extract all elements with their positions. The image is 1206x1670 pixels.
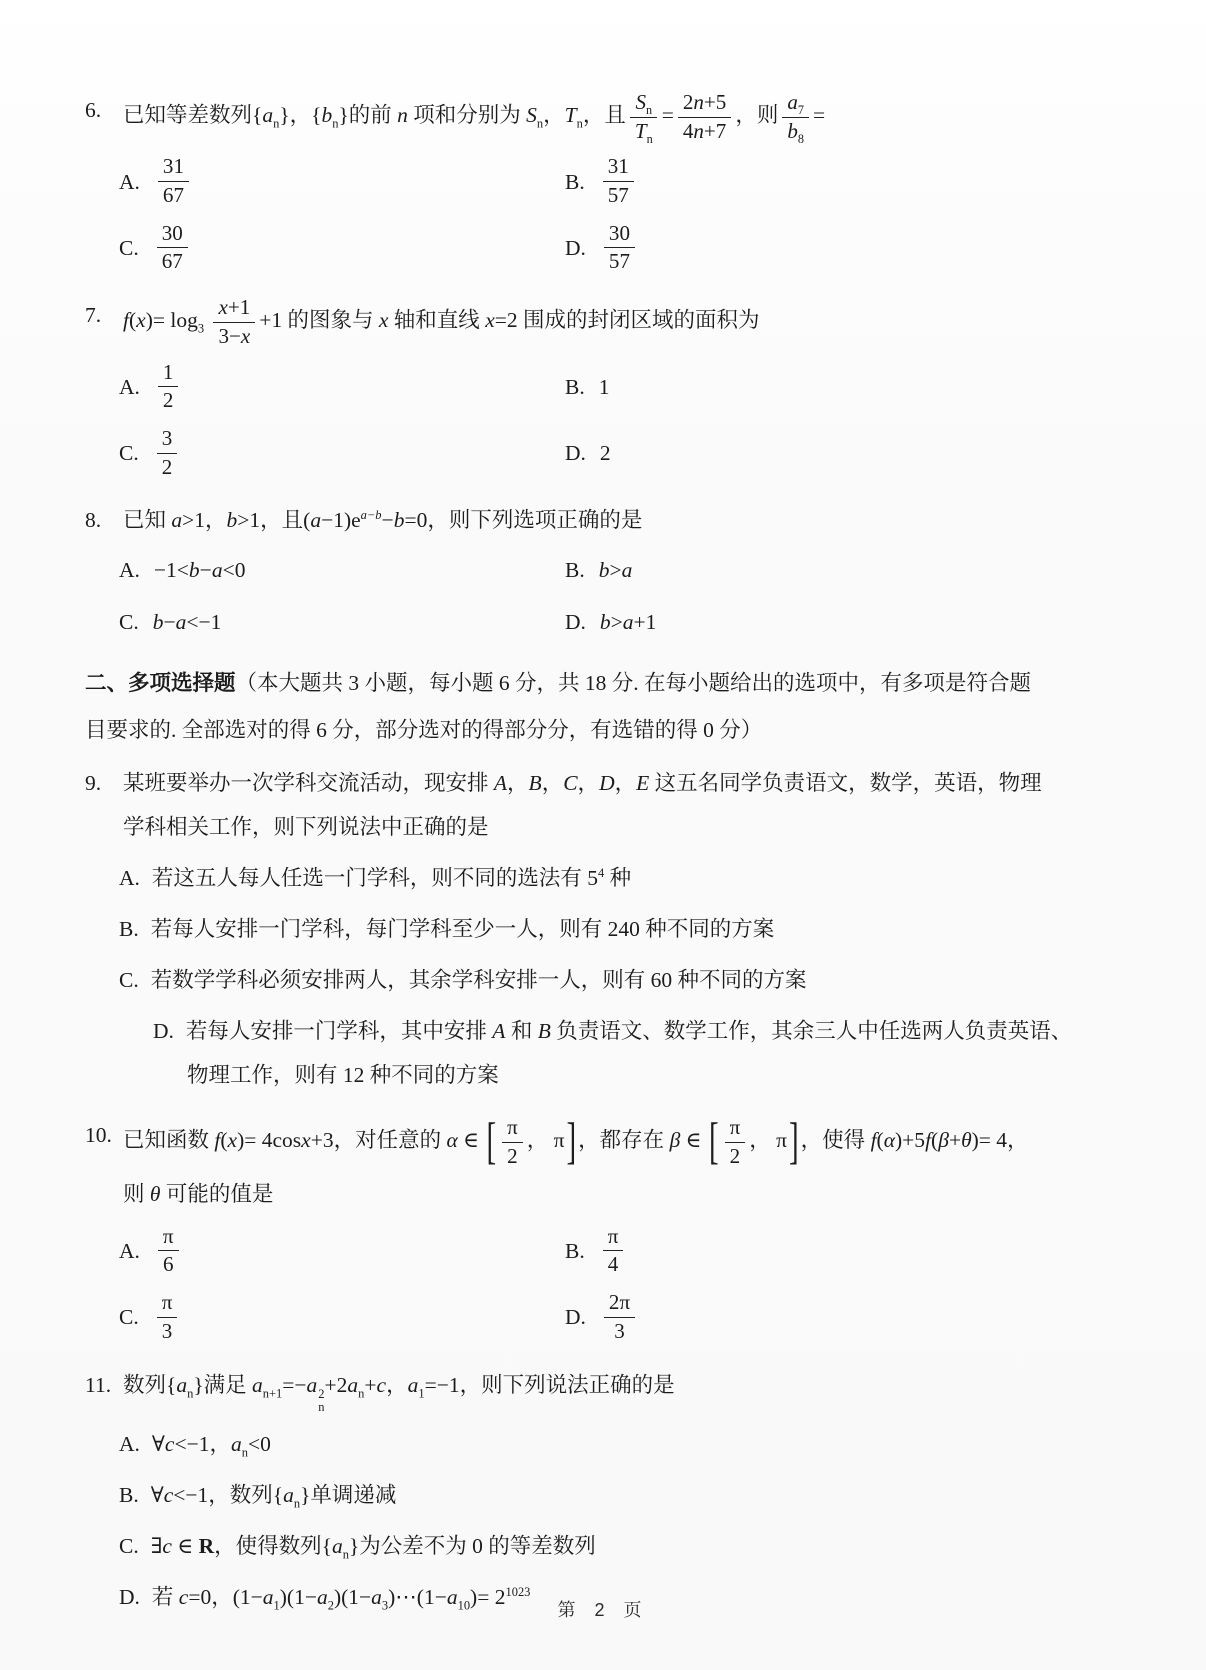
fraction-denominator: 57 [604, 248, 635, 275]
question-11-option-C: C.∃c ∈ R，使得数列{an}为公差不为 0 的等差数列 [119, 1524, 1161, 1568]
math-variable: c [377, 1373, 387, 1397]
math-variable: x [136, 308, 146, 332]
math-variable-base: a [408, 1373, 419, 1397]
math-variable: D [599, 771, 615, 795]
text-run: }，{ [279, 103, 321, 127]
math-variable-base: a [347, 1373, 358, 1397]
left-bracket-icon: [ [486, 1117, 496, 1168]
option-label: B. [565, 1229, 585, 1273]
option-text: 3067 [153, 219, 192, 277]
math-variable: E [636, 771, 649, 795]
text-run: ， π [749, 1128, 787, 1152]
text-run: )= 4， [972, 1128, 1029, 1152]
text-run: +1 的图象与 [259, 308, 379, 332]
fraction-denominator: 4n+7 [678, 118, 731, 145]
option-text: ∃c ∈ R，使得数列{an}为公差不为 0 的等差数列 [151, 1534, 596, 1558]
math-subscript: 7 [798, 103, 804, 117]
fraction-numerator: 1 [158, 360, 179, 388]
fraction-denominator: 2 [157, 454, 178, 481]
math-variable: C [563, 771, 577, 795]
math-subscript: n [646, 103, 652, 117]
math-variable: x [228, 1128, 238, 1152]
math-variable: c [162, 1534, 172, 1558]
option-label: A. [119, 1432, 140, 1456]
options: A.π6B.π4C.π3D.2π3 [119, 1222, 1161, 1347]
option-text: π4 [599, 1222, 628, 1280]
option-label: D. [565, 226, 586, 270]
option-text: 1 [599, 365, 610, 409]
math-variable: c [164, 1483, 174, 1507]
text-run: ，都存在 [578, 1128, 669, 1152]
options: A.3167B.3157C.3067D.3057 [119, 152, 1161, 277]
math-fraction: 3057 [604, 221, 635, 275]
math-variable: an [231, 1432, 248, 1456]
text-run: − [163, 610, 175, 634]
text-run: ， [543, 103, 565, 127]
option-label: D. [565, 1295, 586, 1339]
math-fraction: 2n+54n+7 [678, 90, 731, 144]
math-variable: b8 [787, 119, 804, 143]
text-run: =2 围成的封闭区域的面积为 [495, 308, 760, 332]
option-text: ∀c<−1，数列{an}单调递减 [151, 1483, 397, 1507]
option-label: A. [119, 548, 140, 592]
text-run: ，使得 [801, 1128, 871, 1152]
math-variable-base: a [787, 90, 798, 114]
text-run: ∈ [458, 1128, 485, 1152]
text-run: 这五名同学负责语文，数学，英语，物理 [649, 771, 1041, 795]
question-7-option-B: B.1 [565, 358, 1161, 416]
math-variable: β [938, 1128, 949, 1152]
option-text: b>a+1 [600, 600, 657, 644]
text-run: − [382, 508, 394, 532]
fraction-numerator: 3 [157, 426, 178, 454]
math-variable-base: T [635, 119, 647, 143]
stem-text: 数列{an}满足 an+1=−a2n+2an+c，a1=−1，则下列说法正确的是 [123, 1363, 1161, 1415]
math-variable: a [310, 508, 321, 532]
math-variable-base: a [307, 1373, 318, 1397]
text-run: 学科相关工作，则下列说法中正确的是 [123, 815, 489, 839]
math-variable: b [153, 610, 164, 634]
option-text: b>a [599, 548, 633, 592]
fraction-denominator: b8 [782, 118, 809, 145]
fraction-denominator: Tn [630, 118, 658, 145]
stem-text: 已知等差数列{an}，{bn}的前 n 项和分别为 Sn，Tn，且SnTn=2n… [123, 88, 1161, 146]
math-variable: n [397, 103, 408, 127]
text-run: = [662, 103, 674, 127]
option-label: C. [119, 431, 139, 475]
text-run: ∈ [172, 1534, 199, 1558]
text-run: ∀ [151, 1483, 164, 1507]
question-stem: 11.数列{an}满足 an+1=−a2n+2an+c，a1=−1，则下列说法正… [85, 1363, 1161, 1415]
question-number: 11. [85, 1363, 123, 1407]
math-variable-base: b [321, 103, 332, 127]
text-run: =− [282, 1373, 306, 1397]
math-fraction: π3 [157, 1290, 178, 1344]
math-variable: bn [321, 103, 338, 127]
option-label: D. [153, 1019, 174, 1043]
section-line: 目要求的. 全部选对的得 6 分，部分选对的得部分分，有选错的得 0 分） [85, 707, 1161, 753]
text-run: 项和分别为 [408, 103, 526, 127]
question-9-option-A: A.若这五人每人任选一门学科，则不同的选法有 54 种 [119, 856, 1161, 900]
option-label: B. [565, 160, 585, 204]
option-label: C. [119, 226, 139, 270]
option-text: 3157 [599, 152, 638, 210]
math-variable: A [492, 1019, 505, 1043]
option-text: π6 [154, 1222, 183, 1280]
math-variable: α [884, 1128, 895, 1152]
math-variable-base: a [231, 1432, 242, 1456]
question-9-option-B: B.若每人安排一门学科，每门学科至少一人，则有 240 种不同的方案 [119, 907, 1161, 951]
fraction-denominator: 2 [725, 1143, 746, 1170]
text-run: +1 [228, 295, 250, 319]
fraction-denominator: 4 [603, 1251, 624, 1278]
text-run: 若每人安排一门学科，每门学科至少一人，则有 240 种不同的方案 [151, 917, 775, 941]
text-run: 数列{ [123, 1373, 176, 1397]
text-run: −1)e [321, 508, 361, 532]
text-run: 负责语文、数学工作，其余三人中任选两人负责英语、 [551, 1019, 1072, 1043]
text-run: 轴和直线 [388, 308, 485, 332]
question-10-option-B: B.π4 [565, 1222, 1161, 1280]
fraction-numerator: x+1 [213, 295, 255, 323]
left-bracket-icon: [ [709, 1117, 719, 1168]
option-label: C. [119, 968, 139, 992]
stem-text: f(x)= log3 x+13−x+1 的图象与 x 轴和直线 x=2 围成的封… [123, 293, 1161, 351]
option-line: D.若每人安排一门学科，其中安排 A 和 B 负责语文、数学工作，其余三人中任选… [153, 1009, 1161, 1053]
question-6-option-D: D.3057 [565, 219, 1161, 277]
option-label: A. [119, 1229, 140, 1273]
question-9-option-D: D.若每人安排一门学科，其中安排 A 和 B 负责语文、数学工作，其余三人中任选… [119, 1009, 1161, 1097]
text-run: >1，且( [237, 508, 310, 532]
option-label: B. [119, 1483, 139, 1507]
text-run: ， [542, 771, 564, 795]
math-variable: n [693, 119, 704, 143]
text-run: 目要求的. 全部选对的得 6 分，部分选对的得部分分，有选错的得 0 分） [85, 718, 762, 742]
bold-text: 二、多项选择题 [85, 671, 236, 695]
stem-text: 已知函数 f(x)= 4cosx+3，对任意的 α ∈ [π2， π]，都存在 … [123, 1113, 1161, 1171]
option-label: D. [565, 431, 586, 475]
math-variable: an [262, 103, 279, 127]
text-run: ， [578, 771, 600, 795]
text-run: 物理工作，则有 12 种不同的方案 [187, 1063, 499, 1087]
question-7: 7.f(x)= log3 x+13−x+1 的图象与 x 轴和直线 x=2 围成… [85, 293, 1161, 482]
question-9-option-C: C.若数学学科必须安排两人，其余学科安排一人，则有 60 种不同的方案 [119, 958, 1161, 1002]
fraction-numerator: π [502, 1115, 523, 1143]
math-variable: b [227, 508, 238, 532]
math-variable: a7 [787, 90, 804, 114]
text-run: }单调递减 [300, 1483, 396, 1507]
math-variable: x [241, 324, 250, 348]
text-run: ，且 [583, 103, 626, 127]
question-6-option-C: C.3067 [119, 219, 565, 277]
fraction-denominator: 6 [158, 1251, 179, 1278]
text-run: ∈ [680, 1128, 707, 1152]
question-stem: 6.已知等差数列{an}，{bn}的前 n 项和分别为 Sn，Tn，且SnTn=… [85, 88, 1161, 146]
math-variable-base: b [787, 119, 798, 143]
text-run: 4 [683, 119, 694, 143]
math-fraction: π2 [502, 1115, 523, 1169]
option-line: 物理工作，则有 12 种不同的方案 [153, 1053, 1161, 1097]
fraction-denominator: 2 [158, 387, 179, 414]
text-run: <0 [223, 558, 246, 582]
math-variable-base: a [176, 1373, 187, 1397]
option-label: C. [119, 1295, 139, 1339]
question-number: 10. [85, 1113, 123, 1157]
option-label: B. [119, 917, 139, 941]
math-variable-base: a [332, 1534, 343, 1558]
option-text: ∀c<−1，an<0 [152, 1432, 271, 1456]
math-fraction: 3167 [158, 154, 189, 208]
math-variable: n [693, 90, 704, 114]
text-run: 已知函数 [123, 1128, 214, 1152]
stem-text: 已知 a>1，b>1，且(a−1)ea−b−b=0，则下列选项正确的是 [123, 498, 1161, 542]
text-run: ， [507, 771, 529, 795]
bold-text: R [199, 1534, 215, 1558]
math-variable: x [485, 308, 495, 332]
math-variable: an [332, 1534, 349, 1558]
text-run: )+5 [895, 1128, 925, 1152]
option-text: −1<b−a<0 [154, 548, 246, 592]
math-fraction: π6 [158, 1224, 179, 1278]
text-run [204, 308, 209, 332]
text-run: 种 [604, 866, 631, 890]
text-run: 则 [123, 1182, 150, 1206]
math-variable: A [494, 771, 507, 795]
fraction-numerator: π [157, 1290, 178, 1318]
question-6-option-B: B.3157 [565, 152, 1161, 210]
fraction-numerator: π [158, 1224, 179, 1252]
text-run: ∃ [151, 1534, 163, 1558]
text-run: +2 [325, 1373, 348, 1397]
math-variable: a [176, 610, 187, 634]
text-run: ， [615, 771, 637, 795]
question-10-option-A: A.π6 [119, 1222, 565, 1280]
option-text: 3167 [154, 152, 193, 210]
options: A.12B.1C.32D.2 [119, 358, 1161, 483]
fraction-denominator: 67 [157, 248, 188, 275]
text-run: 可能的值是 [160, 1182, 273, 1206]
question-stem: 8.已知 a>1，b>1，且(a−1)ea−b−b=0，则下列选项正确的是 [85, 498, 1161, 542]
text-run: ， π [527, 1128, 565, 1152]
option-label: A. [119, 160, 140, 204]
question-7-option-C: C.32 [119, 424, 565, 482]
math-variable-base: a [262, 103, 273, 127]
math-variable: α [446, 1128, 457, 1152]
math-variable: B [538, 1019, 551, 1043]
text-run: − [200, 558, 212, 582]
fraction-numerator: 2n+5 [678, 90, 731, 118]
question-stem: 7.f(x)= log3 x+13−x+1 的图象与 x 轴和直线 x=2 围成… [85, 293, 1161, 351]
math-variable: x [301, 1128, 311, 1152]
math-superscript: a−b [361, 508, 382, 522]
math-variable: an [347, 1373, 364, 1397]
math-variable: a2n [307, 1373, 325, 1397]
question-number: 7. [85, 293, 123, 337]
exam-content: 6.已知等差数列{an}，{bn}的前 n 项和分别为 Sn，Tn，且SnTn=… [0, 0, 1206, 1619]
text-run: 若数学学科必须安排两人，其余学科安排一人，则有 60 种不同的方案 [151, 968, 807, 992]
text-run: + [949, 1128, 961, 1152]
fraction-numerator: π [725, 1115, 746, 1143]
question-10-option-C: C.π3 [119, 1288, 565, 1346]
text-run: <−1 [186, 610, 221, 634]
option-label: D. [565, 600, 586, 644]
math-variable: a [212, 558, 223, 582]
section-heading: 二、多项选择题（本大题共 3 小题，每小题 6 分，共 18 分. 在每小题给出… [85, 660, 1161, 752]
text-run: 2 [600, 441, 611, 465]
math-subscript: n [647, 132, 653, 146]
text-run: ∀ [152, 1432, 165, 1456]
right-bracket-icon: ] [789, 1117, 799, 1168]
text-run: ( [220, 1128, 227, 1152]
option-text: 若每人安排一门学科，每门学科至少一人，则有 240 种不同的方案 [151, 917, 775, 941]
fraction-numerator: π [603, 1224, 624, 1252]
math-variable: c [165, 1432, 175, 1456]
text-run: +1 [634, 610, 657, 634]
fraction-numerator: Sn [630, 90, 657, 118]
text-run: )= log [146, 308, 198, 332]
math-variable-base: T [565, 103, 577, 127]
question-8-option-A: A.−1<b−a<0 [119, 548, 565, 592]
text-run: > [611, 610, 623, 634]
options: A.若这五人每人任选一门学科，则不同的选法有 54 种B.若每人安排一门学科，每… [119, 856, 1161, 1097]
fraction-denominator: 2 [502, 1143, 523, 1170]
option-label: C. [119, 600, 139, 644]
question-9: 9.某班要举办一次学科交流活动，现安排 A，B，C，D，E 这五名同学负责语文，… [85, 761, 1161, 1097]
text-run: + [364, 1373, 376, 1397]
option-label: C. [119, 1534, 139, 1558]
text-run: ， [386, 1373, 408, 1397]
math-variable: x [379, 308, 389, 332]
question-7-option-D: D.2 [565, 424, 1161, 482]
question-11-option-B: B.∀c<−1，数列{an}单调递减 [119, 1473, 1161, 1517]
stem-text: 学科相关工作，则下列说法中正确的是 [85, 805, 1161, 849]
math-variable-base: a [252, 1373, 263, 1397]
question-8-option-D: D.b>a+1 [565, 600, 1161, 644]
question-8-option-B: B.b>a [565, 548, 1161, 592]
math-variable-base: S [526, 103, 537, 127]
question-8-option-C: C.b−a<−1 [119, 600, 565, 644]
math-fraction: SnTn [630, 90, 658, 144]
option-text: 32 [153, 424, 182, 482]
text-run: ( [877, 1128, 884, 1152]
text-run: 已知 [123, 508, 171, 532]
math-variable: Sn [526, 103, 543, 127]
math-variable: a1 [408, 1373, 425, 1397]
option-text: 若这五人每人任选一门学科，则不同的选法有 54 种 [152, 866, 631, 890]
math-variable: a [622, 558, 633, 582]
math-fraction: π2 [725, 1115, 746, 1169]
text-run: 若这五人每人任选一门学科，则不同的选法有 5 [152, 866, 598, 890]
text-run: =0，则下列选项正确的是 [404, 508, 642, 532]
options: A.−1<b−a<0B.b>aC.b−a<−1D.b>a+1 [119, 548, 1161, 644]
math-fraction: a7b8 [782, 90, 809, 144]
question-stem: 10.已知函数 f(x)= 4cosx+3，对任意的 α ∈ [π2， π]，都… [85, 1113, 1161, 1171]
math-variable: θ [150, 1182, 161, 1206]
fraction-denominator: 3 [609, 1318, 630, 1345]
stem-text: 则 θ 可能的值是 [85, 1172, 1161, 1216]
exam-page: 6.已知等差数列{an}，{bn}的前 n 项和分别为 Sn，Tn，且SnTn=… [0, 0, 1206, 1670]
math-fraction: 3157 [603, 154, 634, 208]
math-variable: a [171, 508, 182, 532]
text-run: （本大题共 3 小题，每小题 6 分，共 18 分. 在每小题给出的选项中，有多… [236, 671, 1032, 695]
option-text: 2π3 [600, 1288, 639, 1346]
math-variable: an+1 [252, 1373, 282, 1397]
text-run: > [609, 558, 621, 582]
question-7-option-A: A.12 [119, 358, 565, 416]
option-text: 3057 [600, 219, 639, 277]
option-label: A. [119, 365, 140, 409]
math-variable-base: S [635, 90, 646, 114]
question-number: 8. [85, 498, 123, 542]
fraction-denominator: 67 [158, 182, 189, 209]
fraction-numerator: 31 [158, 154, 189, 182]
math-variable: b [394, 508, 405, 532]
question-11-option-A: A.∀c<−1，an<0 [119, 1422, 1161, 1466]
math-variable: an [283, 1483, 300, 1507]
text-run: ，则 [735, 103, 778, 127]
math-fraction: x+13−x [213, 295, 255, 349]
math-variable: b [189, 558, 200, 582]
text-run: <0 [248, 1432, 271, 1456]
fraction-numerator: 30 [604, 221, 635, 249]
fraction-numerator: a7 [782, 90, 809, 118]
math-variable: b [599, 558, 610, 582]
question-10-option-D: D.2π3 [565, 1288, 1161, 1346]
fraction-denominator: 3−x [213, 323, 255, 350]
fraction-denominator: 3 [157, 1318, 178, 1345]
text-run: 3− [218, 324, 240, 348]
math-variable: Sn [635, 90, 652, 114]
option-text: 若每人安排一门学科，其中安排 A 和 B 负责语文、数学工作，其余三人中任选两人… [186, 1019, 1072, 1043]
option-text: 若数学学科必须安排两人，其余学科安排一人，则有 60 种不同的方案 [151, 968, 807, 992]
option-label: B. [565, 548, 585, 592]
text-run: <−1，数列{ [173, 1483, 283, 1507]
fraction-numerator: 2π [604, 1290, 635, 1318]
math-variable: β [670, 1128, 681, 1152]
text-run: +7 [704, 119, 726, 143]
fraction-numerator: 31 [603, 154, 634, 182]
math-fraction: 2π3 [604, 1290, 635, 1344]
math-variable: θ [961, 1128, 972, 1152]
math-subscript: n+1 [263, 1386, 283, 1400]
text-run: <−1， [174, 1432, 231, 1456]
option-text: π3 [153, 1288, 182, 1346]
text-run: +5 [704, 90, 726, 114]
option-text: 12 [154, 358, 183, 416]
math-variable: Tn [635, 119, 653, 143]
text-run: )= 4cos [237, 1128, 301, 1152]
math-subscript: n [318, 1401, 324, 1414]
math-fraction: 32 [157, 426, 178, 480]
math-variable: b [600, 610, 611, 634]
question-stem: 9.某班要举办一次学科交流活动，现安排 A，B，C，D，E 这五名同学负责语文，… [85, 761, 1161, 805]
text-run: 1 [599, 375, 610, 399]
fraction-denominator: 57 [603, 182, 634, 209]
text-run: −1< [154, 558, 189, 582]
text-run: 若每人安排一门学科，其中安排 [186, 1019, 492, 1043]
option-text: 2 [600, 431, 611, 475]
option-label: B. [565, 365, 585, 409]
text-run: 和 [505, 1019, 537, 1043]
text-run: 已知等差数列{ [123, 103, 262, 127]
text-run: 某班要举办一次学科交流活动，现安排 [123, 771, 494, 795]
math-variable: B [529, 771, 542, 795]
right-bracket-icon: ] [567, 1117, 577, 1168]
text-run: >1， [182, 508, 226, 532]
options: A.∀c<−1，an<0B.∀c<−1，数列{an}单调递减C.∃c ∈ R，使… [119, 1422, 1161, 1619]
option-label: A. [119, 866, 140, 890]
text-run: +3，对任意的 [311, 1128, 447, 1152]
text-run: }的前 [338, 103, 397, 127]
